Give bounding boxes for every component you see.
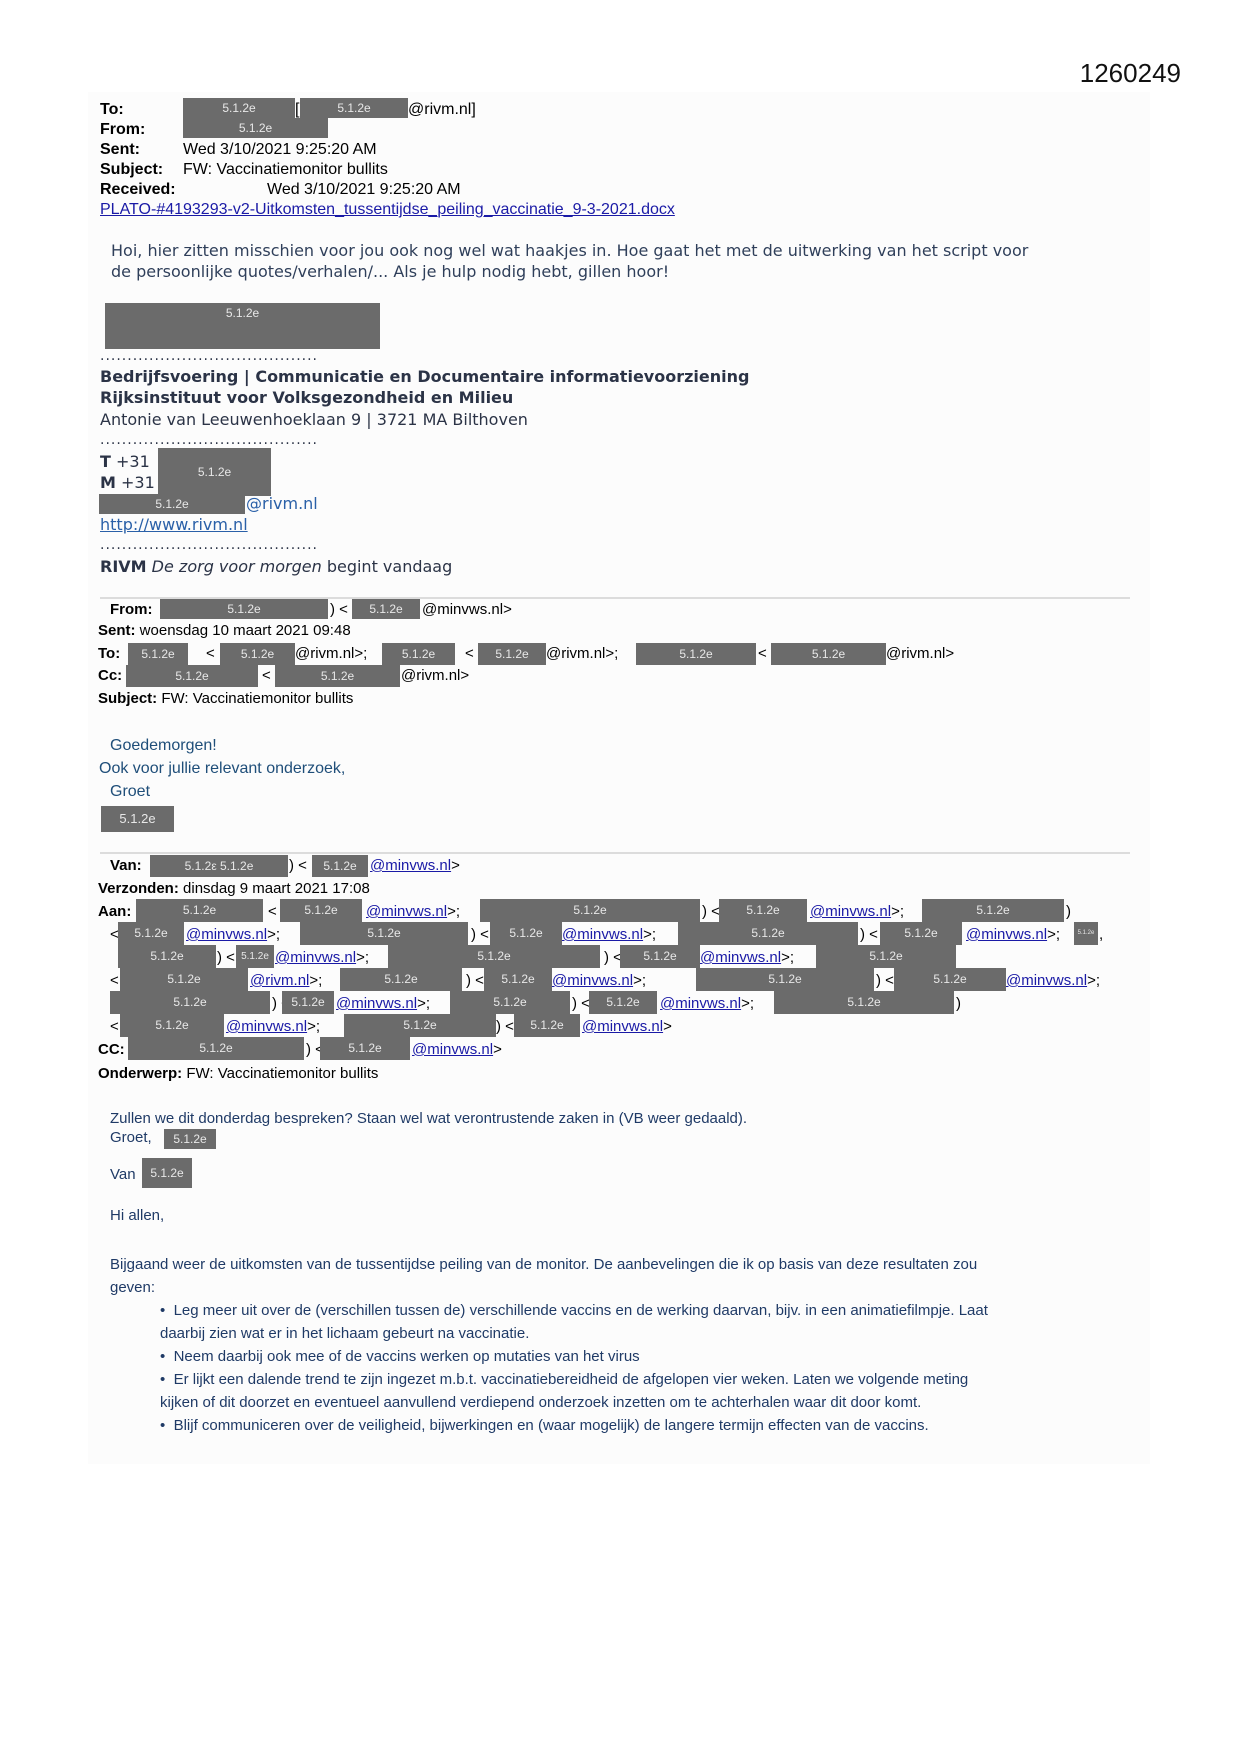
redaction: 5.1.2e bbox=[300, 98, 408, 118]
to-label: To: bbox=[98, 645, 120, 662]
bullet-text: Blijf communiceren over de veiligheid, b… bbox=[174, 1417, 929, 1434]
aan-address: @minvws.nl>; bbox=[366, 903, 460, 920]
phone-m-label: M bbox=[100, 473, 116, 492]
lt-bracket: < bbox=[206, 645, 215, 662]
cc-label: CC: bbox=[98, 1041, 125, 1058]
redaction: 5.1.2e bbox=[120, 1014, 224, 1037]
redaction: 5.1.2e bbox=[300, 922, 468, 945]
redaction: 5.1.2e bbox=[589, 991, 657, 1014]
onderwerp-value: FW: Vaccinatiemonitor bullits bbox=[186, 1065, 378, 1082]
redaction: 5.1.2e bbox=[388, 945, 600, 968]
aan-address: @minvws.nl>; bbox=[562, 926, 656, 943]
redaction: 5.1.2e bbox=[118, 945, 216, 968]
fw2-aan-row: Aan: bbox=[98, 903, 131, 920]
fw2-van-row: Van: bbox=[110, 857, 142, 874]
redaction: 5.1.2e bbox=[816, 945, 956, 968]
paren-bracket: ) < bbox=[496, 1018, 514, 1035]
fw2-verzonden-row: Verzonden: dinsdag 9 maart 2021 17:08 bbox=[98, 880, 370, 897]
paren-bracket: ) < bbox=[471, 926, 489, 943]
redaction: 5.1.2ε 5.1.2e bbox=[150, 855, 288, 877]
van-line: Van bbox=[110, 1166, 136, 1183]
greeting: Goedemorgen! bbox=[110, 737, 217, 755]
redaction: 5.1.2e bbox=[99, 494, 245, 514]
redaction: 5.1.2e bbox=[340, 968, 462, 991]
subject-label: Subject: bbox=[100, 161, 163, 178]
bullet-item: • Blijf communiceren over de veiligheid,… bbox=[160, 1414, 988, 1437]
question-line: Zullen we dit donderdag bespreken? Staan… bbox=[110, 1110, 747, 1127]
redaction: 5.1.2e bbox=[275, 665, 400, 687]
redaction: 5.1.2e bbox=[220, 643, 295, 665]
aan-address: @minvws.nl>; bbox=[226, 1018, 320, 1035]
header-from-row: From: bbox=[100, 120, 145, 140]
paren-bracket: ) < bbox=[289, 857, 307, 874]
subject-value: FW: Vaccinatiemonitor bullits bbox=[161, 690, 353, 707]
rivm-suffix: @rivm.nl> bbox=[295, 645, 363, 662]
email-link[interactable]: @minvws.nl bbox=[810, 903, 891, 920]
redaction: 5.1.2e bbox=[280, 899, 362, 922]
cc-address: @minvws.nl> bbox=[412, 1041, 502, 1058]
redaction: 5.1.2e bbox=[236, 945, 274, 968]
redaction: 5.1.2e bbox=[620, 945, 700, 968]
lt-bracket: < bbox=[758, 645, 767, 662]
fw1-from-row: From: bbox=[110, 601, 153, 618]
header-sent-row: Sent: bbox=[100, 140, 140, 160]
message-line: Hoi, hier zitten misschien voor jou ook … bbox=[111, 240, 1028, 261]
paren-bracket: ) < bbox=[860, 926, 878, 943]
header-subject-row: Subject: bbox=[100, 160, 163, 180]
lt-bracket: < bbox=[268, 903, 277, 920]
signature-tagline: RIVM De zorg voor morgen begint vandaag bbox=[100, 557, 452, 576]
aan-address: @minvws.nl>; bbox=[336, 995, 430, 1012]
paren-bracket: ) < bbox=[876, 972, 894, 989]
sent-label: Sent: bbox=[98, 622, 136, 639]
redaction: 5.1.2e bbox=[484, 968, 552, 991]
paren-bracket: ) < bbox=[466, 972, 484, 989]
verzonden-value: dinsdag 9 maart 2021 17:08 bbox=[183, 880, 370, 897]
tagline-bold: RIVM bbox=[100, 557, 147, 576]
redaction: 5.1.2e bbox=[126, 665, 258, 687]
bullet-icon: • bbox=[160, 1302, 174, 1319]
divider-dots: ........................................ bbox=[100, 537, 318, 553]
redaction: 5.1.2e bbox=[478, 643, 546, 665]
redaction: 5.1.2e bbox=[142, 1158, 192, 1188]
paren-bracket: ) < bbox=[330, 601, 348, 618]
redaction: 5.1.2e bbox=[344, 1014, 496, 1037]
sent-label: Sent: bbox=[100, 141, 140, 158]
to-address-suffix: @rivm.nl] bbox=[408, 100, 476, 120]
to-address-suffix: @rivm.nl>; bbox=[546, 645, 618, 662]
email-link[interactable]: @minvws.nl bbox=[186, 926, 267, 943]
redaction: 5.1.2e bbox=[514, 1014, 580, 1037]
intro-paragraph: Bijgaand weer de uitkomsten van de tusse… bbox=[110, 1253, 977, 1299]
groet-line: Groet, bbox=[110, 1129, 152, 1146]
subject-label: Subject: bbox=[98, 690, 157, 707]
fw2-onderwerp-row: Onderwerp: FW: Vaccinatiemonitor bullits bbox=[98, 1065, 378, 1082]
redaction: 5.1.2e bbox=[101, 806, 174, 832]
message-line: de persoonlijke quotes/verhalen/... Als … bbox=[111, 261, 1028, 282]
redaction: 5.1.2e bbox=[696, 968, 874, 991]
email-link[interactable]: @minvws.nl bbox=[275, 949, 356, 966]
redaction: 5.1.2e bbox=[183, 98, 295, 118]
bracket: [ bbox=[295, 100, 299, 120]
recommendations-list: • Leg meer uit over de (verschillen tuss… bbox=[160, 1299, 988, 1437]
bullet-icon: • bbox=[160, 1348, 174, 1365]
redaction: 5.1.2e bbox=[320, 1037, 410, 1060]
aan-address: @minvws.nl>; bbox=[552, 972, 646, 989]
separator bbox=[100, 852, 1130, 854]
lt-bracket: < bbox=[110, 1018, 119, 1035]
message-line: Ook voor jullie relevant onderzoek, bbox=[99, 760, 345, 778]
to-address-suffix: @rivm.nl>; bbox=[295, 645, 367, 662]
redaction: 5.1.2e bbox=[382, 643, 455, 665]
sent-value: woensdag 10 maart 2021 09:48 bbox=[140, 622, 351, 639]
email-link[interactable]: @minvws.nl bbox=[966, 926, 1047, 943]
email-link[interactable]: @minvws.nl bbox=[582, 1018, 663, 1035]
redaction: 5.1.2e bbox=[894, 968, 1006, 991]
tagline-italic: De zorg voor morgen bbox=[152, 557, 322, 576]
aan-address: @minvws.nl>; bbox=[275, 949, 369, 966]
redaction: 5.1.2e bbox=[774, 991, 954, 1014]
rivm-suffix: @rivm.nl> bbox=[546, 645, 614, 662]
from-label: From: bbox=[100, 121, 145, 138]
lt-bracket: < bbox=[262, 667, 271, 684]
fw1-subject-row: Subject: FW: Vaccinatiemonitor bullits bbox=[98, 690, 353, 707]
fw2-cc-row: CC: bbox=[98, 1041, 125, 1058]
redaction: 5.1.2e bbox=[352, 599, 420, 619]
email-link[interactable]: @minvws.nl bbox=[660, 995, 741, 1012]
redaction: 5.1.2e bbox=[282, 991, 334, 1014]
signature-website-link[interactable]: http://www.rivm.nl bbox=[100, 515, 248, 534]
aan-address: @rivm.nl>; bbox=[250, 972, 322, 989]
hi-line: Hi allen, bbox=[110, 1207, 164, 1224]
email-link[interactable]: @minvws.nl bbox=[700, 949, 781, 966]
bullet-text: Er lijkt een dalende trend te zijn ingez… bbox=[174, 1371, 969, 1388]
paren-bracket: ) < bbox=[572, 995, 590, 1012]
received-label: Received: bbox=[100, 181, 176, 198]
signature-address: Antonie van Leeuwenhoeklaan 9 | 3721 MA … bbox=[100, 410, 528, 429]
redaction: 5.1.2e bbox=[636, 643, 756, 665]
email-link[interactable]: @minvws.nl bbox=[552, 972, 633, 989]
subject-value: FW: Vaccinatiemonitor bullits bbox=[183, 160, 388, 180]
phone-m-row: M +31 bbox=[100, 473, 155, 492]
bullet-text: Leg meer uit over de (verschillen tussen… bbox=[174, 1302, 988, 1319]
redaction: 5.1.2e bbox=[480, 899, 700, 922]
redaction: 5.1.2e bbox=[160, 599, 328, 619]
bullet-continuation: daarbij zien wat er in het lichaam gebeu… bbox=[160, 1322, 988, 1345]
header-to-row: To: bbox=[100, 100, 124, 120]
attachment-link[interactable]: PLATO-#4193293-v2-Uitkomsten_tussentijds… bbox=[100, 200, 675, 220]
bullet-icon: • bbox=[160, 1417, 174, 1434]
email-link[interactable]: @minvws.nl bbox=[226, 1018, 307, 1035]
lt-bracket: < bbox=[110, 972, 119, 989]
redaction: 5.1.2e bbox=[110, 991, 270, 1014]
to-label: To: bbox=[100, 101, 124, 118]
to-address-suffix: @rivm.nl> bbox=[886, 645, 954, 662]
header-received-row: Received: bbox=[100, 180, 176, 200]
from-label: From: bbox=[110, 601, 153, 618]
paren: ) bbox=[1066, 903, 1071, 920]
bullet-icon: • bbox=[160, 1371, 174, 1388]
aan-label: Aan: bbox=[98, 903, 131, 920]
redaction: 5.1.2e bbox=[719, 899, 807, 922]
redaction-signature-name: 5.1.2e bbox=[105, 303, 380, 349]
signature-email[interactable]: @rivm.nl bbox=[246, 494, 318, 513]
redaction: 5.1.2e bbox=[880, 922, 962, 945]
tagline-rest: begint vandaag bbox=[327, 557, 452, 576]
bullet-item: • Leg meer uit over de (verschillen tuss… bbox=[160, 1299, 988, 1322]
redaction: 5.1.2e bbox=[120, 968, 248, 991]
redaction: 5.1.2e bbox=[922, 899, 1064, 922]
groet-text: Groet, bbox=[110, 1129, 152, 1146]
aan-address: @minvws.nl>; bbox=[700, 949, 794, 966]
bullet-continuation: kijken of dit doorzet en eventueel aanvu… bbox=[160, 1391, 988, 1414]
redaction: 5.1.2e bbox=[678, 922, 858, 945]
cc-label: Cc: bbox=[98, 667, 122, 684]
aan-address: @minvws.nl>; bbox=[1006, 972, 1100, 989]
redaction: 5.1.2e bbox=[164, 1129, 216, 1149]
redaction: 5.1.2e bbox=[771, 643, 886, 665]
redaction: 5.1.2e bbox=[1074, 922, 1098, 945]
comma: , bbox=[1099, 926, 1103, 943]
aan-address: @minvws.nl> bbox=[582, 1018, 672, 1035]
phone-t-label: T bbox=[100, 452, 111, 471]
redaction: 5.1.2e bbox=[128, 643, 188, 665]
email-link[interactable]: @rivm.nl bbox=[250, 972, 309, 989]
email-link[interactable]: @minvws.nl bbox=[1006, 972, 1087, 989]
phone-m-prefix: +31 bbox=[121, 473, 155, 492]
divider-dots: ........................................ bbox=[100, 432, 318, 448]
bullet-text: Neem daarbij ook mee of de vaccins werke… bbox=[174, 1348, 640, 1365]
phone-t-prefix: +31 bbox=[116, 452, 150, 471]
signature-department: Bedrijfsvoering | Communicatie en Docume… bbox=[100, 367, 749, 386]
redaction: 5.1.2e bbox=[136, 899, 263, 922]
aan-address: @minvws.nl>; bbox=[810, 903, 904, 920]
received-value: Wed 3/10/2021 9:25:20 AM bbox=[267, 180, 461, 200]
email-link[interactable]: @minvws.nl bbox=[370, 857, 451, 874]
van-label: Van: bbox=[110, 857, 142, 874]
redaction: 5.1.2e bbox=[158, 448, 271, 496]
fw1-cc-row: Cc: bbox=[98, 667, 122, 684]
onderwerp-label: Onderwerp: bbox=[98, 1065, 182, 1082]
redaction: 5.1.2e bbox=[128, 1037, 304, 1060]
redaction: 5.1.2e bbox=[450, 991, 570, 1014]
closing: Groet bbox=[110, 783, 150, 801]
bullet-item: • Neem daarbij ook mee of de vaccins wer… bbox=[160, 1345, 988, 1368]
email-link[interactable]: @minvws.nl bbox=[336, 995, 417, 1012]
signature-institute: Rijksinstituut voor Volksgezondheid en M… bbox=[100, 388, 513, 407]
redaction: 5.1.2e bbox=[490, 922, 562, 945]
sent-value: Wed 3/10/2021 9:25:20 AM bbox=[183, 140, 377, 160]
from-address-suffix: @minvws.nl> bbox=[422, 601, 512, 618]
paren-bracket: ) < bbox=[217, 949, 235, 966]
divider-dots: ........................................ bbox=[100, 348, 318, 364]
verzonden-label: Verzonden: bbox=[98, 880, 179, 897]
email-link[interactable]: @minvws.nl bbox=[412, 1041, 493, 1058]
email-link[interactable]: @minvws.nl bbox=[366, 903, 447, 920]
van-address: @minvws.nl> bbox=[370, 857, 460, 874]
fw1-to-row: To: bbox=[98, 645, 120, 662]
document-number: 1260249 bbox=[1080, 58, 1181, 89]
phone-t-row: T +31 bbox=[100, 452, 150, 471]
aan-address: @minvws.nl>; bbox=[186, 926, 280, 943]
email-link[interactable]: @minvws.nl bbox=[562, 926, 643, 943]
redaction: 5.1.2e bbox=[118, 922, 184, 945]
aan-address: @minvws.nl>; bbox=[660, 995, 754, 1012]
aan-address: @minvws.nl>; bbox=[966, 926, 1060, 943]
lt-bracket: < bbox=[465, 645, 474, 662]
bullet-item: • Er lijkt een dalende trend te zijn ing… bbox=[160, 1368, 988, 1391]
redaction: 5.1.2e bbox=[312, 855, 368, 877]
message-body: Hoi, hier zitten misschien voor jou ook … bbox=[111, 240, 1028, 282]
intro-line: geven: bbox=[110, 1276, 977, 1299]
cc-address-suffix: @rivm.nl> bbox=[401, 667, 469, 684]
paren-bracket: ) < bbox=[702, 903, 720, 920]
intro-line: Bijgaand weer de uitkomsten van de tusse… bbox=[110, 1253, 977, 1276]
paren: ) bbox=[956, 995, 961, 1012]
redaction: 5.1.2e bbox=[183, 118, 328, 138]
fw1-sent-row: Sent: woensdag 10 maart 2021 09:48 bbox=[98, 622, 351, 639]
